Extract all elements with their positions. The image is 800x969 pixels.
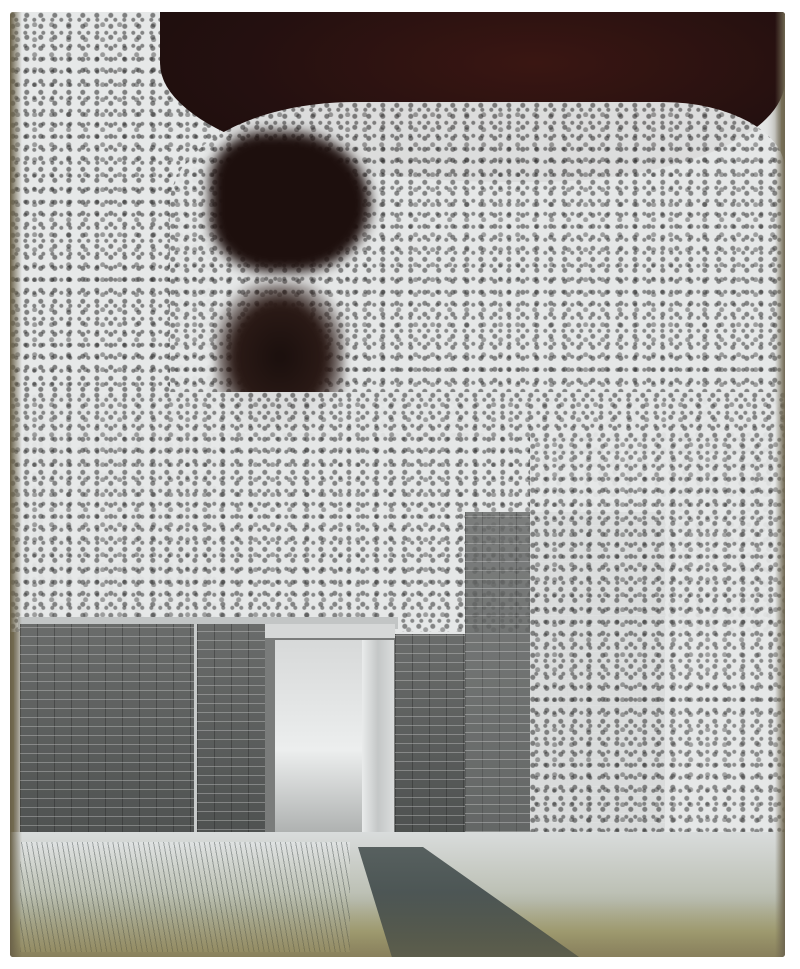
- door-lintel: [265, 624, 395, 638]
- stone-wall-left: [20, 624, 200, 844]
- open-door: [362, 640, 394, 845]
- plate-edge-right: [775, 12, 785, 957]
- plate-stain: [10, 892, 785, 957]
- foliage-right: [530, 432, 785, 852]
- sky-gap: [210, 132, 370, 272]
- plate-edge-left: [10, 12, 22, 957]
- wall-pillar: [194, 624, 275, 839]
- stone-wall-right: [395, 634, 465, 834]
- photo-plate: [10, 12, 785, 957]
- doorway-view: [275, 640, 370, 840]
